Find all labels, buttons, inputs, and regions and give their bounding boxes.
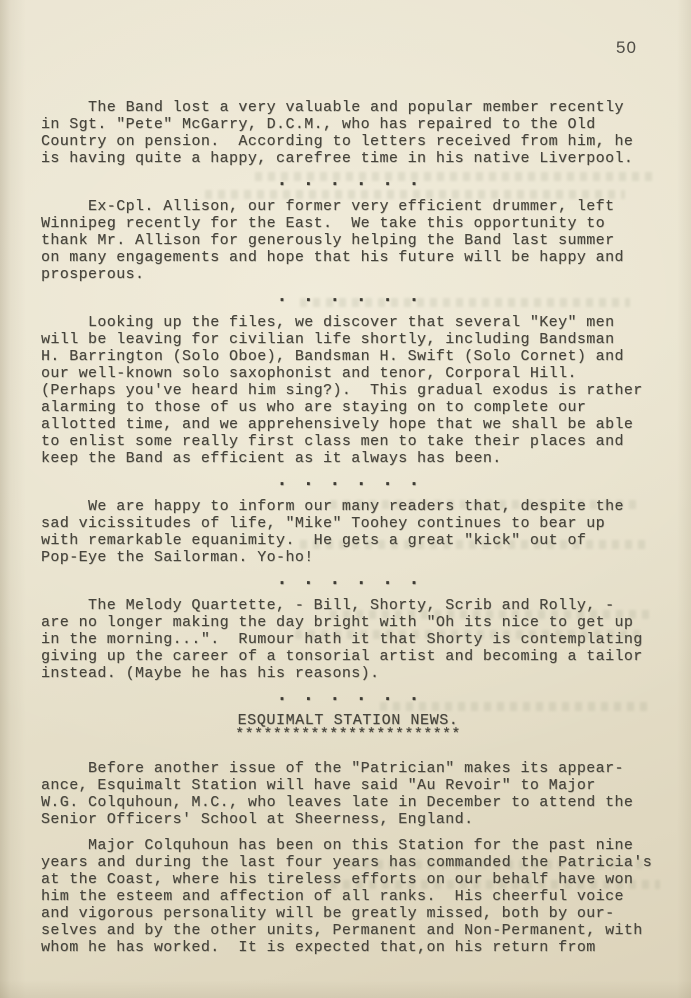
paragraph: Before another issue of the "Patrician" … bbox=[41, 760, 655, 828]
text-line: Winnipeg recently for the East. We take … bbox=[41, 215, 655, 232]
section-separator-dots: ...... bbox=[41, 472, 655, 489]
paragraph: The Band lost a very valuable and popula… bbox=[41, 99, 655, 167]
page-bottom-edge-shadow bbox=[0, 980, 691, 998]
text-line: prosperous. bbox=[41, 266, 655, 283]
section-heading: ESQUIMALT STATION NEWS.*****************… bbox=[41, 713, 655, 741]
page-number: 50 bbox=[616, 38, 637, 58]
text-line: sad vicissitudes of life, "Mike" Toohey … bbox=[41, 515, 655, 532]
text-line: Country on pension. According to letters… bbox=[41, 133, 655, 150]
document-body: The Band lost a very valuable and popula… bbox=[41, 99, 655, 956]
text-line: alarming to those of us who are staying … bbox=[41, 399, 655, 416]
text-line: H. Barrington (Solo Oboe), Bandsman H. S… bbox=[41, 348, 655, 365]
text-line: keep the Band as efficient as it always … bbox=[41, 450, 655, 467]
text-line: Looking up the files, we discover that s… bbox=[41, 314, 655, 331]
text-line: will be leaving for civilian life shortl… bbox=[41, 331, 655, 348]
text-line: him the esteem and affection of all rank… bbox=[41, 888, 655, 905]
text-line: on many engagements and hope that his fu… bbox=[41, 249, 655, 266]
text-line: Ex-Cpl. Allison, our former very efficie… bbox=[41, 198, 655, 215]
section-heading-underline: ************************ bbox=[41, 728, 655, 741]
paragraph: Major Colquhoun has been on this Station… bbox=[41, 837, 655, 956]
page-right-edge-shadow bbox=[677, 0, 691, 998]
text-line: We are happy to inform our many readers … bbox=[41, 498, 655, 515]
text-line: at the Coast, where his tireless efforts… bbox=[41, 871, 655, 888]
text-line: The Melody Quartette, - Bill, Shorty, Sc… bbox=[41, 597, 655, 614]
text-line: selves and by the other units, Permanent… bbox=[41, 922, 655, 939]
paragraph: Ex-Cpl. Allison, our former very efficie… bbox=[41, 198, 655, 283]
text-line: ance, Esquimalt Station will have said "… bbox=[41, 777, 655, 794]
text-line: in the morning...". Rumour hath it that … bbox=[41, 631, 655, 648]
text-line: are no longer making the day bright with… bbox=[41, 614, 655, 631]
section-separator-dots: ...... bbox=[41, 687, 655, 704]
text-line: instead. (Maybe he has his reasons). bbox=[41, 665, 655, 682]
paragraph: We are happy to inform our many readers … bbox=[41, 498, 655, 566]
text-line: giving up the career of a tonsorial arti… bbox=[41, 648, 655, 665]
section-separator-dots: ...... bbox=[41, 172, 655, 189]
paragraph: Looking up the files, we discover that s… bbox=[41, 314, 655, 467]
text-line: W.G. Colquhoun, M.C., who leaves late in… bbox=[41, 794, 655, 811]
text-line: to enlist some really first class men to… bbox=[41, 433, 655, 450]
text-line: Major Colquhoun has been on this Station… bbox=[41, 837, 655, 854]
section-separator-dots: ...... bbox=[41, 571, 655, 588]
text-line: is having quite a happy, carefree time i… bbox=[41, 150, 655, 167]
page-left-edge-shadow bbox=[0, 0, 26, 998]
text-line: in Sgt. "Pete" McGarry, D.C.M., who has … bbox=[41, 116, 655, 133]
text-line: Senior Officers' School at Sheerness, En… bbox=[41, 811, 655, 828]
text-line: Before another issue of the "Patrician" … bbox=[41, 760, 655, 777]
text-line: allotted time, and we apprehensively hop… bbox=[41, 416, 655, 433]
text-line: years and during the last four years has… bbox=[41, 854, 655, 871]
text-line: with remarkable equanimity. He gets a gr… bbox=[41, 532, 655, 549]
paragraph: The Melody Quartette, - Bill, Shorty, Sc… bbox=[41, 597, 655, 682]
text-line: Pop-Eye the Sailorman. Yo-ho! bbox=[41, 549, 655, 566]
text-line: our well-known solo saxophonist and teno… bbox=[41, 365, 655, 382]
text-line: and vigorous personality will be greatly… bbox=[41, 905, 655, 922]
text-line: The Band lost a very valuable and popula… bbox=[41, 99, 655, 116]
scanned-document-page: 50 The Band lost a very valuable and pop… bbox=[0, 0, 691, 998]
text-line: thank Mr. Allison for generously helping… bbox=[41, 232, 655, 249]
section-separator-dots: ...... bbox=[41, 288, 655, 305]
text-line: whom he has worked. It is expected that,… bbox=[41, 939, 655, 956]
text-line: (Perhaps you've heard him sing?). This g… bbox=[41, 382, 655, 399]
